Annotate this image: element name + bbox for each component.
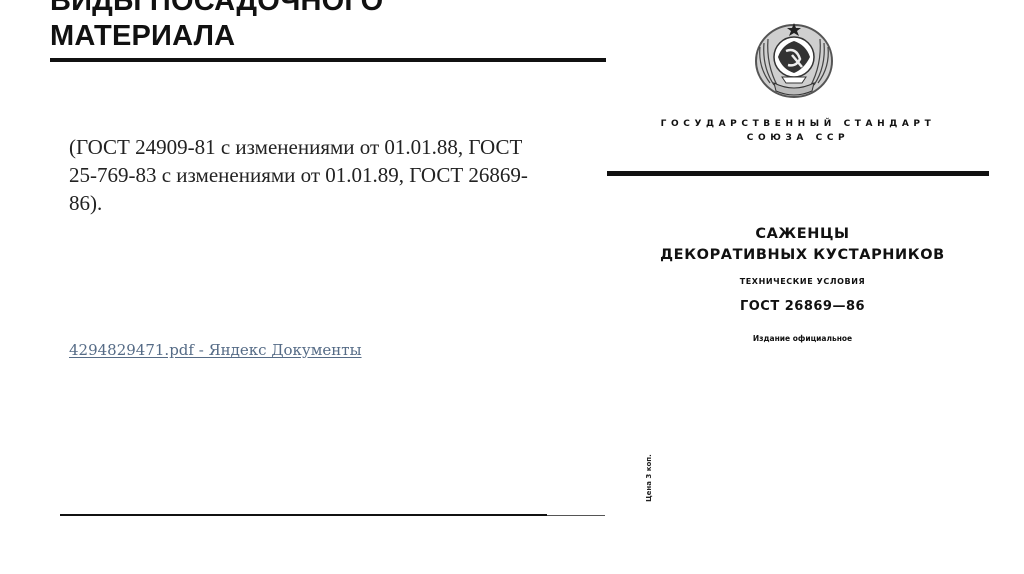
gost-cover-image: ГОСУДАРСТВЕННЫЙ СТАНДАРТ СОЮЗА ССР САЖЕН… bbox=[605, 0, 1024, 574]
body-line-3: 86). bbox=[69, 189, 559, 217]
cover-divider bbox=[607, 171, 989, 176]
slide: ВИДЫ ПОСАДОЧНОГО МАТЕРИАЛА (ГОСТ 24909-8… bbox=[0, 0, 1024, 574]
cover-title-block: САЖЕНЦЫ ДЕКОРАТИВНЫХ КУСТАРНИКОВ ТЕХНИЧЕ… bbox=[605, 224, 1000, 344]
cover-title-line-2: ДЕКОРАТИВНЫХ КУСТАРНИКОВ bbox=[605, 245, 1000, 266]
cover-gost-number: ГОСТ 26869—86 bbox=[605, 299, 1000, 315]
title-underline bbox=[50, 58, 606, 62]
ussr-coat-of-arms-icon bbox=[752, 17, 836, 101]
cover-subtitle: ТЕХНИЧЕСКИЕ УСЛОВИЯ bbox=[605, 277, 1000, 287]
cover-header: ГОСУДАРСТВЕННЫЙ СТАНДАРТ СОЮЗА ССР bbox=[653, 117, 943, 145]
cover-price: Цена 3 коп. bbox=[645, 453, 653, 503]
title-line-2: МАТЕРИАЛА bbox=[50, 19, 610, 54]
cover-header-line-1: ГОСУДАРСТВЕННЫЙ СТАНДАРТ bbox=[653, 117, 943, 131]
cover-header-line-2: СОЮЗА ССР bbox=[653, 131, 943, 145]
title-line-1: ВИДЫ ПОСАДОЧНОГО bbox=[50, 0, 610, 19]
cover-title-line-1: САЖЕНЦЫ bbox=[605, 224, 1000, 245]
footer-divider-tail bbox=[547, 515, 605, 516]
body-line-2: 25-769-83 с изменениями от 01.01.89, ГОС… bbox=[69, 161, 559, 189]
slide-title: ВИДЫ ПОСАДОЧНОГО МАТЕРИАЛА bbox=[50, 0, 610, 54]
yandex-docs-link[interactable]: 4294829471.pdf - Яндекс Документы bbox=[69, 341, 362, 359]
cover-edition: Издание официальное bbox=[605, 334, 1000, 344]
body-line-1: (ГОСТ 24909-81 с изменениями от 01.01.88… bbox=[69, 133, 559, 161]
gost-references: (ГОСТ 24909-81 с изменениями от 01.01.88… bbox=[69, 133, 559, 217]
footer-divider bbox=[60, 514, 547, 516]
